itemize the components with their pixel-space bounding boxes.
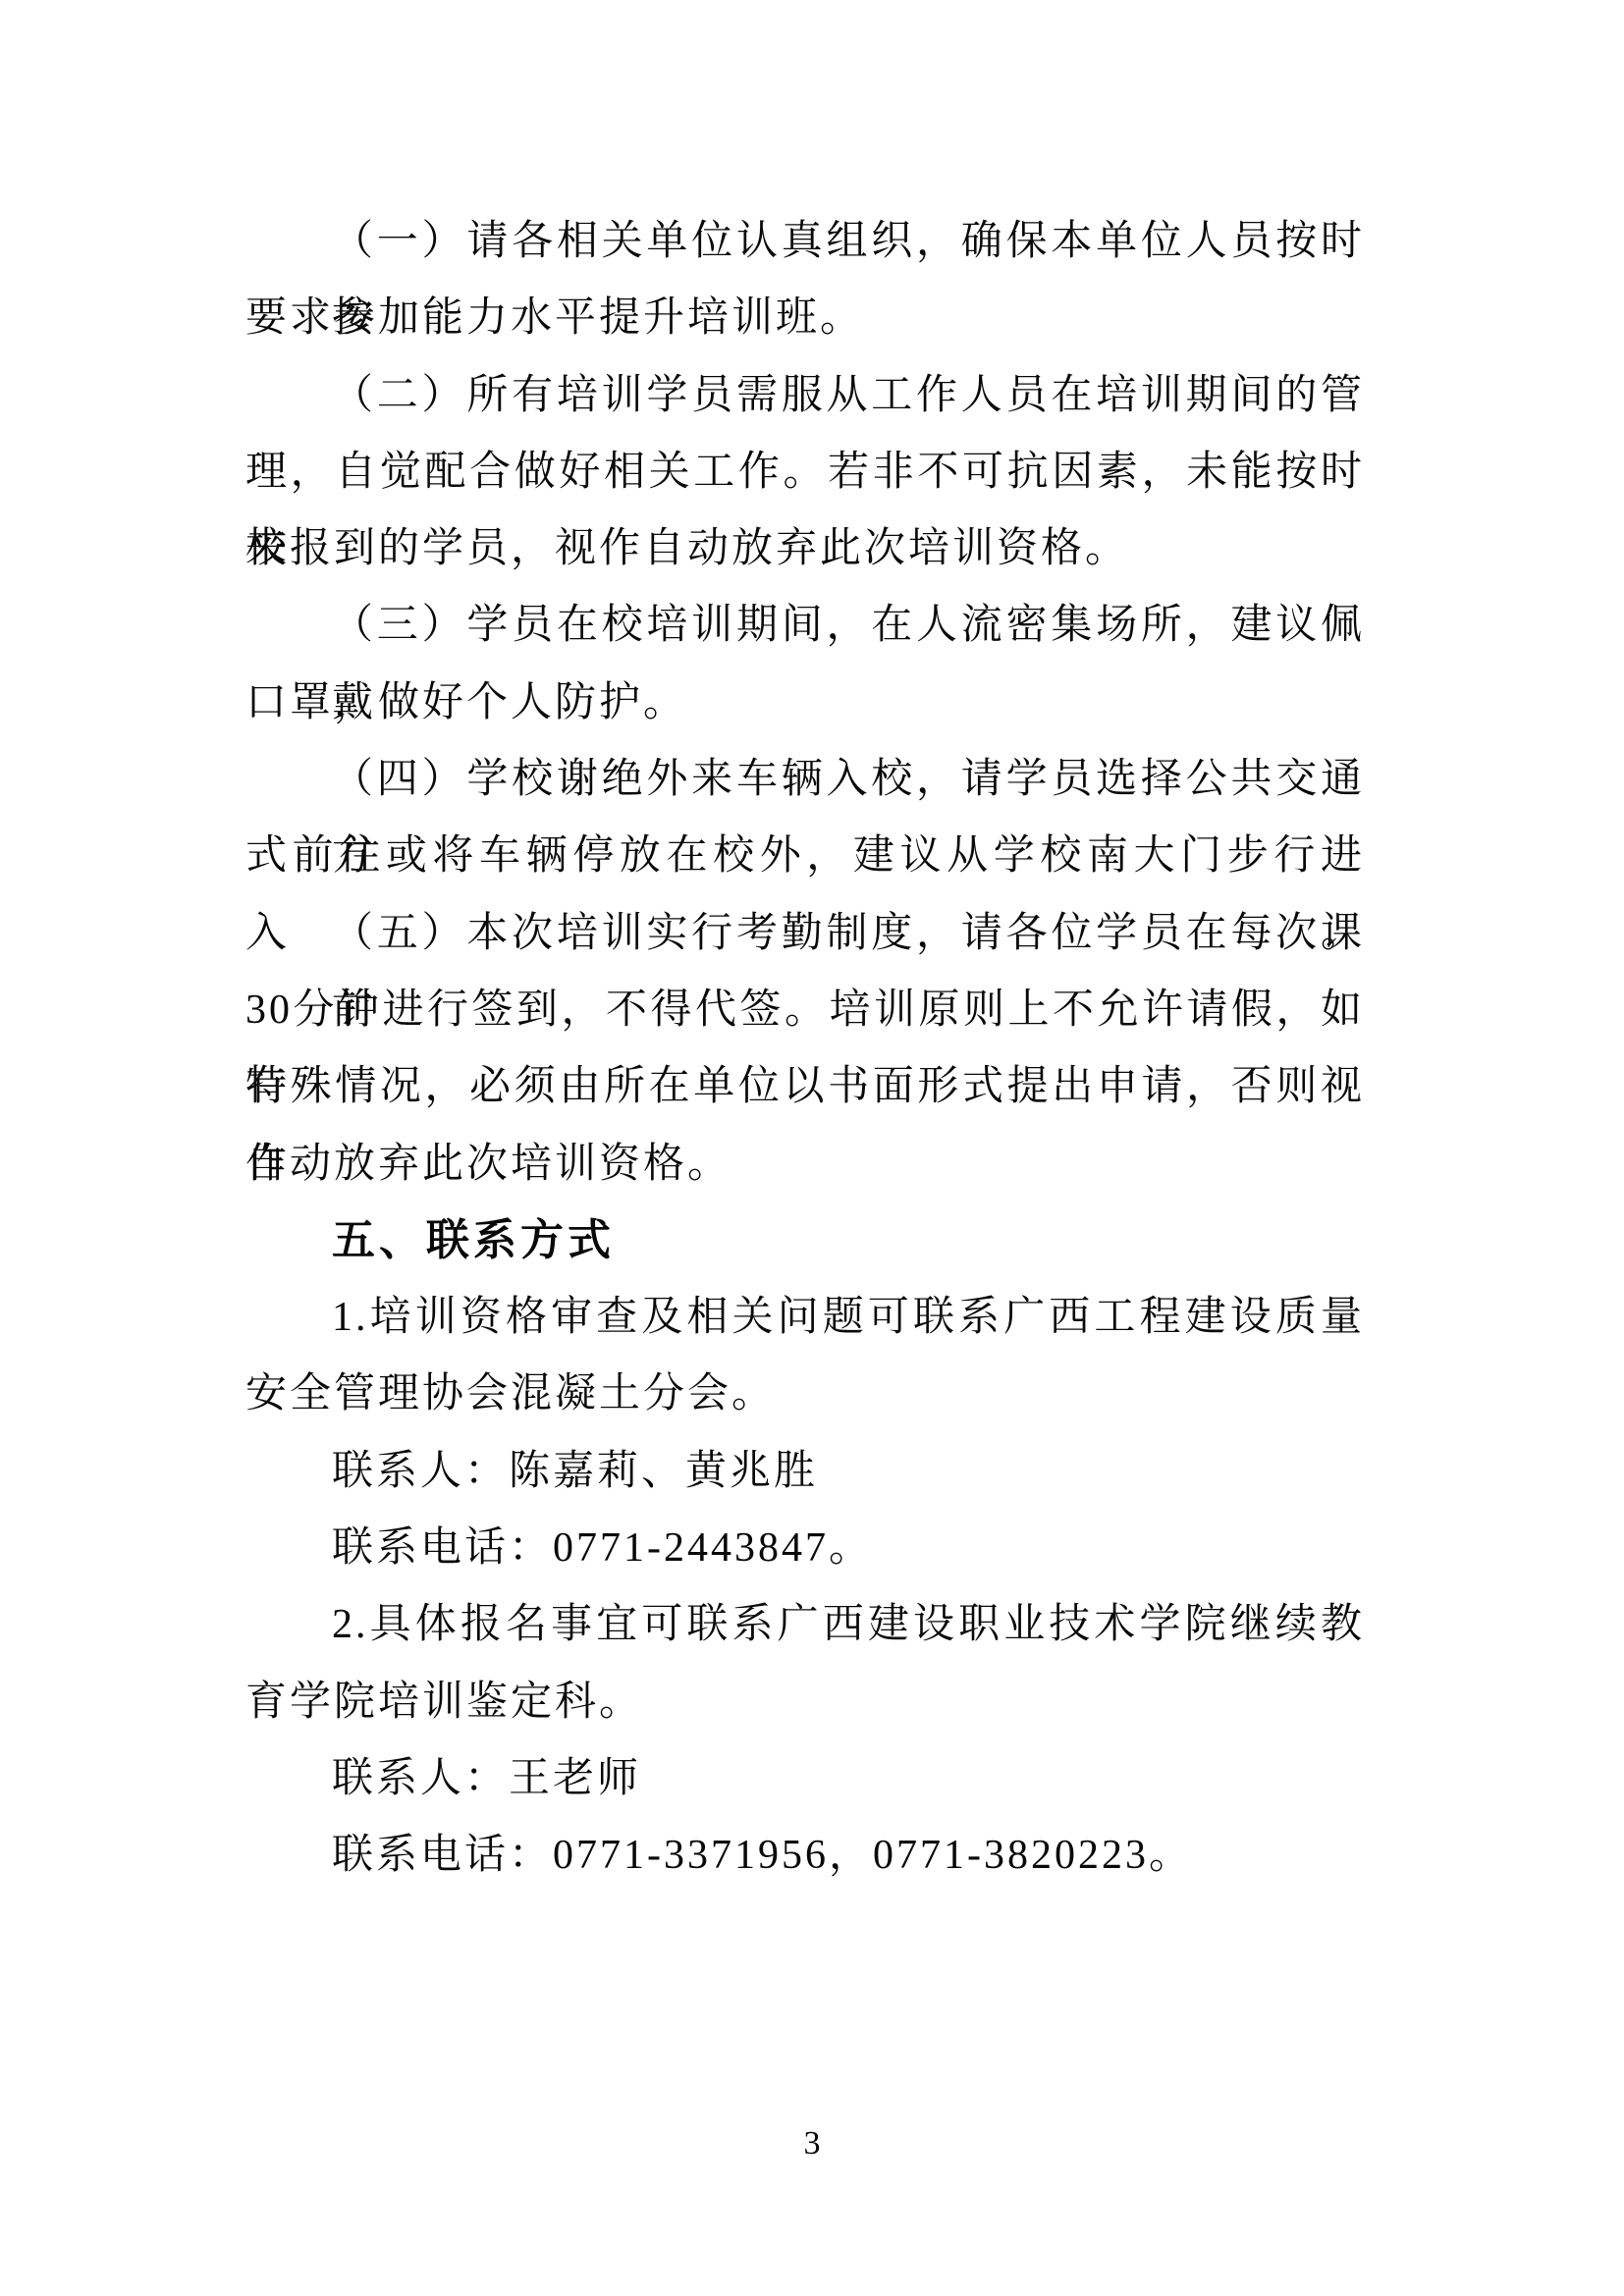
contact-phone-line: 联系电话：0771-2443847。	[245, 1510, 1365, 1586]
paragraph-line: 式前往或将车辆停放在校外，建议从学校南大门步行进入。	[245, 818, 1365, 894]
paragraph-line: 理，自觉配合做好相关工作。若非不可抗因素，未能按时来	[245, 434, 1365, 510]
paragraph-line: （四）学校谢绝外来车辆入校，请学员选择公共交通方	[245, 741, 1365, 818]
paragraph-line: 校报到的学员，视作自动放弃此次培训资格。	[245, 510, 1365, 587]
paragraph-line: 2.具体报名事宜可联系广西建设职业技术学院继续教	[245, 1586, 1365, 1663]
contact-person-line: 联系人：王老师	[245, 1740, 1365, 1817]
contact-phone-line: 联系电话：0771-3371956，0771-3820223。	[245, 1817, 1365, 1894]
paragraph-line: （二）所有培训学员需服从工作人员在培训期间的管	[245, 357, 1365, 434]
paragraph-line: （五）本次培训实行考勤制度，请各位学员在每次课前	[245, 895, 1365, 972]
paragraph-line: 1.培训资格审查及相关问题可联系广西工程建设质量	[245, 1279, 1365, 1356]
paragraph-line: 口罩，做好个人防护。	[245, 665, 1365, 741]
paragraph-line: 要求参加能力水平提升培训班。	[245, 280, 1365, 356]
section-heading-contact: 五、联系方式	[245, 1202, 1365, 1279]
paragraph-line: （三）学员在校培训期间，在人流密集场所，建议佩戴	[245, 587, 1365, 664]
page-number: 3	[0, 2120, 1624, 2167]
paragraph-line: 特殊情况，必须由所在单位以书面形式提出申请，否则视作	[245, 1048, 1365, 1125]
document-body: （一）请各相关单位认真组织，确保本单位人员按时按 要求参加能力水平提升培训班。 …	[245, 203, 1365, 1895]
paragraph-line: 育学院培训鉴定科。	[245, 1664, 1365, 1740]
paragraph-line: 自动放弃此次培训资格。	[245, 1126, 1365, 1202]
paragraph-line: 30分钟进行签到，不得代签。培训原则上不允许请假，如有	[245, 972, 1365, 1048]
paragraph-line: （一）请各相关单位认真组织，确保本单位人员按时按	[245, 203, 1365, 280]
paragraph-line: 安全管理协会混凝土分会。	[245, 1356, 1365, 1432]
document-page: （一）请各相关单位认真组织，确保本单位人员按时按 要求参加能力水平提升培训班。 …	[0, 0, 1624, 2296]
contact-person-line: 联系人：陈嘉莉、黄兆胜	[245, 1433, 1365, 1510]
